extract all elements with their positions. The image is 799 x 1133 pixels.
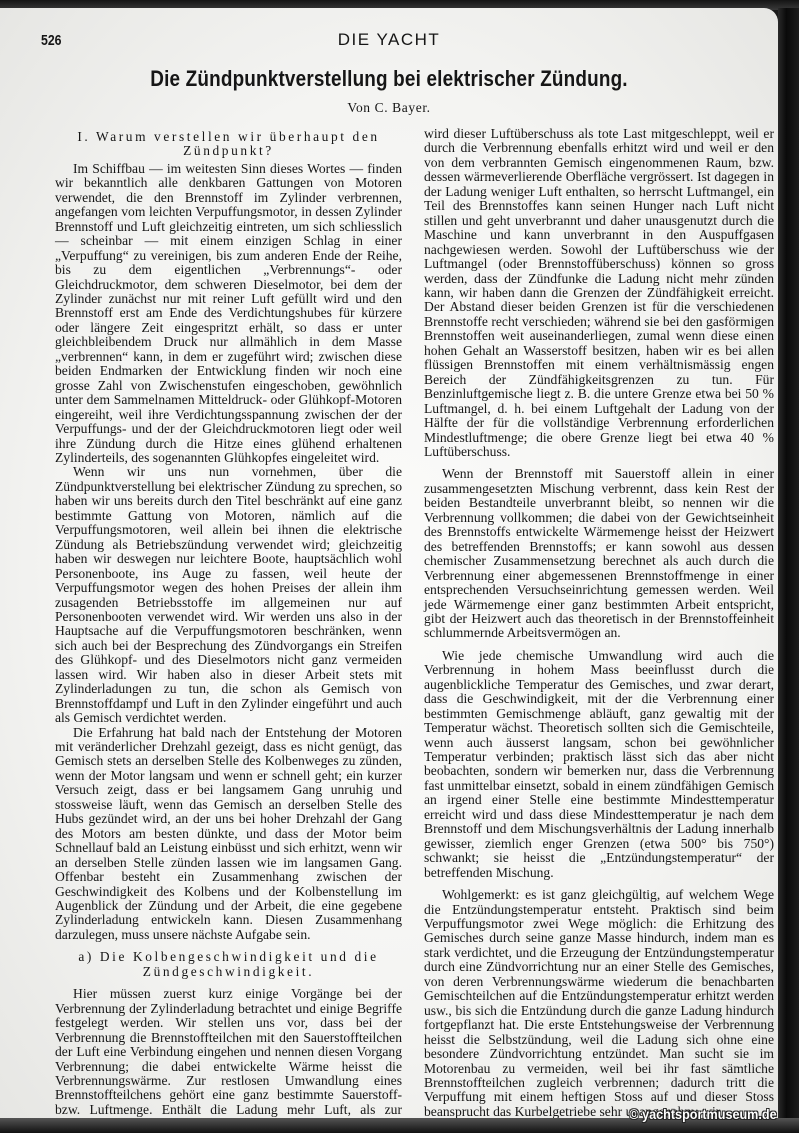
paragraph: Wenn wir uns nun vornehmen, über die Zün… [55, 465, 402, 725]
paragraph: Die Erfahrung hat bald nach der Entstehu… [55, 726, 402, 943]
paragraph: Im Schiffbau — im weitesten Sinn dieses … [55, 162, 402, 466]
paragraph: Wenn der Brennstoff mit Sauerstoff allei… [424, 467, 774, 640]
watermark: © yachtsportmuseum.de [630, 1106, 777, 1122]
running-head: DIE YACHT [0, 30, 778, 50]
paragraph-continued: wird dieser Luftüberschuss als tote Last… [424, 127, 774, 459]
article-byline: Von C. Bayer. [0, 100, 778, 116]
left-column: I. Warum verstellen wir überhaupt den Zü… [55, 128, 402, 1132]
page-header: 526 DIE YACHT [0, 22, 778, 46]
magazine-page: 526 DIE YACHT Die Zündpunktverstellung b… [0, 8, 778, 1121]
paragraph: Wie jede chemische Umwandlung wird auch … [424, 649, 774, 880]
section-heading-1: I. Warum verstellen wir überhaupt den Zü… [55, 130, 402, 159]
paragraph: Hier müssen zuerst kurz einige Vorgänge … [55, 987, 402, 1132]
right-column: wird dieser Luftüberschuss als tote Last… [424, 127, 774, 1119]
scan-binding-edge [778, 8, 799, 1133]
section-heading-a: a) Die Kolbengeschwindigkeit und die Zün… [55, 950, 402, 979]
article-title: Die Zündpunktverstellung bei elektrische… [54, 66, 723, 92]
paragraph: Wohlgemerkt: es ist ganz gleichgültig, a… [424, 888, 774, 1119]
